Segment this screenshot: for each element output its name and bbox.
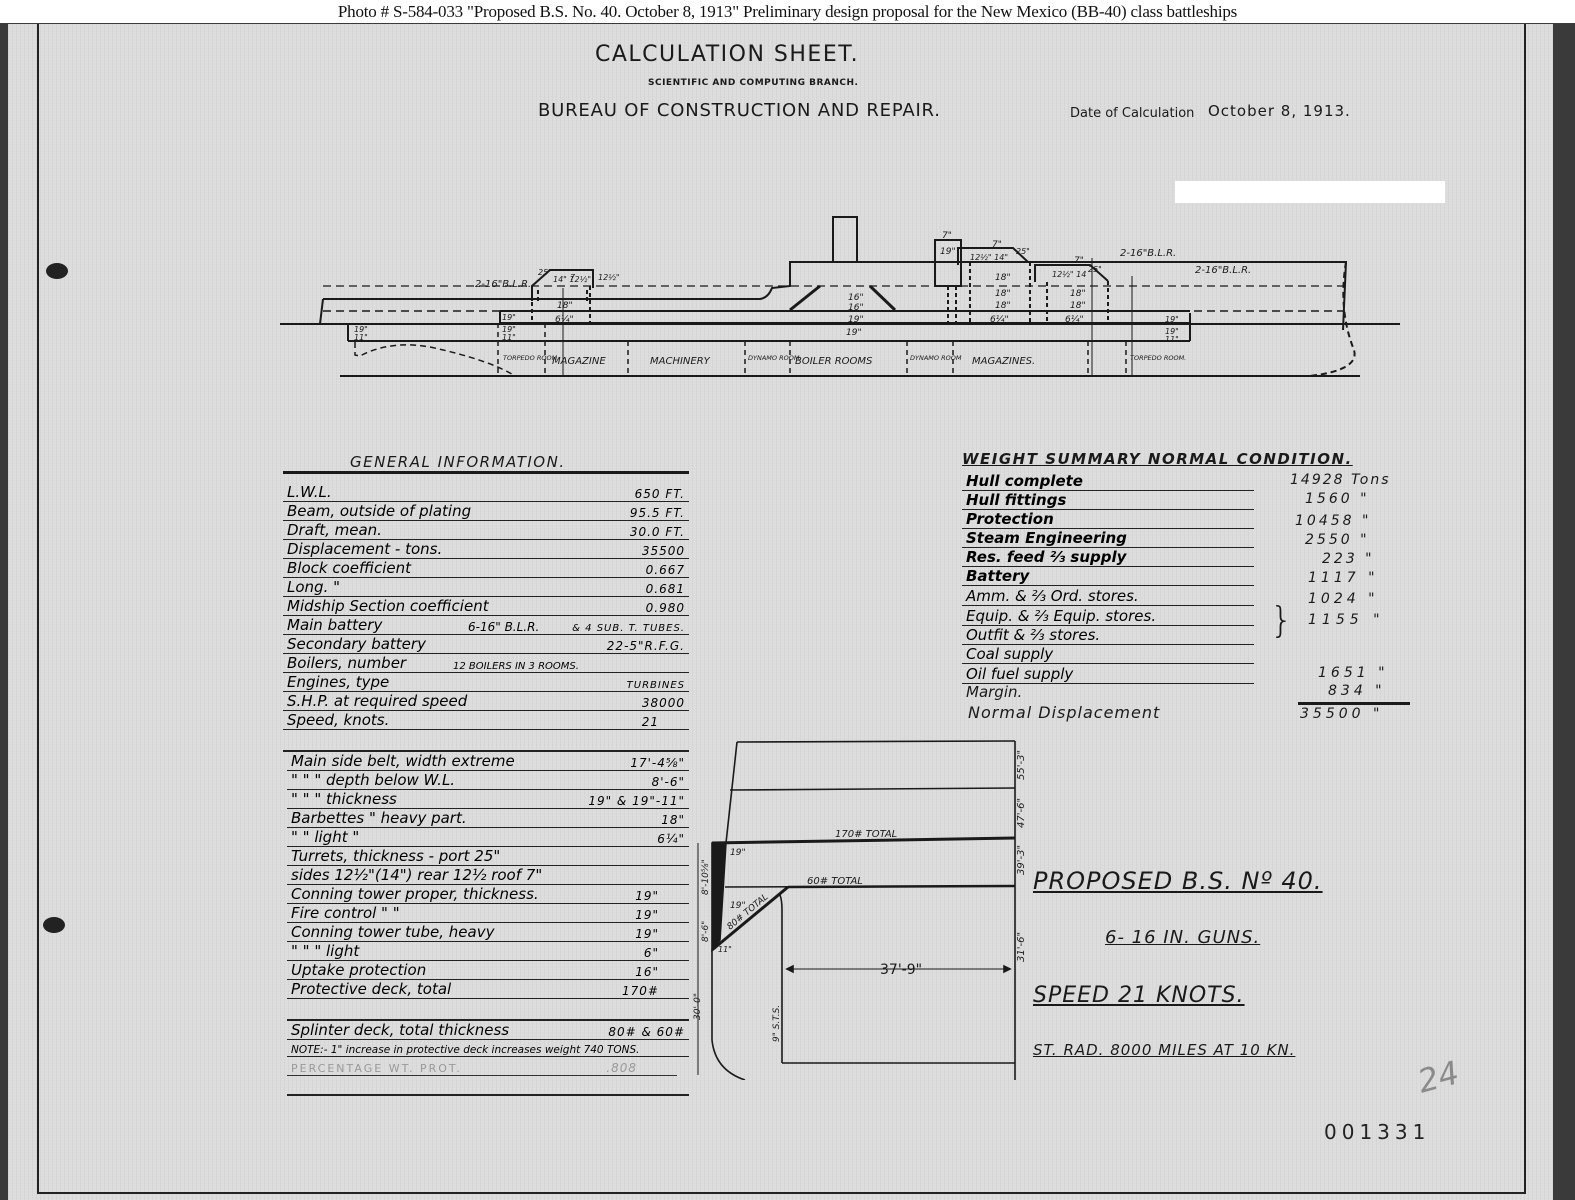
weight-value: 2550 " xyxy=(1305,532,1370,548)
sheet-title: CALCULATION SHEET. xyxy=(595,42,859,67)
svg-text:19": 19" xyxy=(846,328,862,338)
svg-text:6¼": 6¼" xyxy=(990,315,1009,325)
svg-text:7": 7" xyxy=(992,240,1002,250)
radius-summary: ST. RAD. 8000 MILES AT 10 KN. xyxy=(1033,1041,1295,1059)
compartment-label: TORPEDO ROOM. xyxy=(1130,354,1186,362)
svg-text:7": 7" xyxy=(942,231,952,241)
midship-section-drawing: 170# TOTAL 60# TOTAL 19" 19" 11" 37'-9" … xyxy=(690,730,1030,1080)
svg-text:60# TOTAL: 60# TOTAL xyxy=(807,876,863,887)
redaction-box xyxy=(1175,181,1445,203)
svg-text:25": 25" xyxy=(1088,265,1102,274)
table-row: Turrets, thickness - port 25" xyxy=(287,846,689,866)
svg-text:55'-3": 55'-3" xyxy=(1016,750,1027,780)
weight-value: 1155 " xyxy=(1308,612,1385,628)
table-row: Conning tower proper, thickness.19" xyxy=(287,884,689,904)
table-row: Uptake protection16" xyxy=(287,960,689,980)
heading-rule xyxy=(283,471,689,474)
compartment-label: MAGAZINES. xyxy=(972,356,1035,367)
pencil-note-row: PERCENTAGE WT. PROT..808 xyxy=(287,1058,677,1076)
compartment-label: MAGAZINE xyxy=(552,356,606,367)
weight-value: 1117 " xyxy=(1308,570,1379,586)
brace-icon: } xyxy=(1270,600,1293,641)
svg-text:12½" 14: 12½" 14 xyxy=(1052,270,1086,279)
svg-text:2-16"B.L.R.: 2-16"B.L.R. xyxy=(1120,248,1176,259)
svg-text:30'-0": 30'-0" xyxy=(693,993,703,1020)
splinter-deck-row: Splinter deck, total thickness80# & 60# xyxy=(287,1020,689,1040)
punch-hole-icon xyxy=(46,263,68,279)
table-row: Equip. & ⅔ Equip. stores. xyxy=(962,606,1254,626)
svg-text:18": 18" xyxy=(1070,289,1086,299)
svg-text:37'-9": 37'-9" xyxy=(880,962,922,978)
svg-text:6¼": 6¼" xyxy=(555,315,574,325)
table-row: S.H.P. at required speed38000 xyxy=(283,691,689,711)
svg-text:19": 19" xyxy=(730,848,746,858)
svg-text:31'-6": 31'-6" xyxy=(1016,932,1027,962)
sheet-border-left xyxy=(37,24,39,1194)
table-row: sides 12½"(14") rear 12½ roof 7" xyxy=(287,865,689,885)
turret-label-fwd: 2-16"B.L.R. xyxy=(475,279,531,290)
svg-text:47'-6": 47'-6" xyxy=(1016,798,1027,828)
table-row: Displacement - tons.35500 xyxy=(283,539,689,559)
svg-text:6¼": 6¼" xyxy=(1065,315,1084,325)
weight-summary-heading: WEIGHT SUMMARY NORMAL CONDITION. xyxy=(962,450,1353,468)
date-value: October 8, 1913. xyxy=(1208,102,1351,120)
compartment-label: TORPEDO ROOM. xyxy=(503,354,559,362)
svg-text:80# TOTAL: 80# TOTAL xyxy=(726,892,771,932)
table-row: Protective deck, total170# xyxy=(287,979,689,999)
svg-text:19": 19" xyxy=(502,313,516,322)
table-row: Engines, typeTURBINES xyxy=(283,672,689,692)
svg-text:18": 18" xyxy=(995,289,1011,299)
weight-value: 14928 Tons xyxy=(1290,472,1391,488)
table-row: L.W.L.650 FT. xyxy=(283,482,689,502)
weight-value: 1560 " xyxy=(1305,491,1370,507)
svg-text:18": 18" xyxy=(995,273,1011,283)
branch-subtitle: SCIENTIFIC AND COMPUTING BRANCH. xyxy=(648,78,858,88)
svg-text:19": 19" xyxy=(1165,315,1179,324)
table-row: Block coefficient0.667 xyxy=(283,558,689,578)
svg-text:11": 11" xyxy=(354,333,368,342)
table-row: Beam, outside of plating95.5 FT. xyxy=(283,501,689,521)
svg-text:12½": 12½" xyxy=(598,273,620,282)
table-row: Battery xyxy=(962,566,1254,586)
proposed-title: PROPOSED B.S. Nº 40. xyxy=(1033,867,1323,895)
weight-value: 1651 " xyxy=(1318,665,1389,681)
table-row: " " " thickness19" & 19"-11" xyxy=(287,789,689,809)
svg-text:16": 16" xyxy=(848,293,864,303)
svg-text:18": 18" xyxy=(995,301,1011,311)
table-row: Secondary battery22-5"R.F.G. xyxy=(283,634,689,654)
compartment-label: MACHINERY xyxy=(650,356,711,367)
svg-text:11": 11" xyxy=(1165,335,1179,344)
table-row: Speed, knots.21 xyxy=(283,710,689,730)
ship-profile-drawing: 2-16"B.L.R. 2-16"B.L.R. 2-16"B.L.R. 14" … xyxy=(270,210,1400,390)
table-row: Oil fuel supply xyxy=(962,664,1254,684)
sheet-border-right xyxy=(1524,24,1526,1194)
table-row: Main side belt, width extreme17'-4⅝" xyxy=(287,751,689,771)
svg-text:11": 11" xyxy=(718,945,732,954)
svg-text:19": 19" xyxy=(940,247,956,257)
svg-text:12½" 14": 12½" 14" xyxy=(970,253,1008,262)
table-row: Steam Engineering xyxy=(962,528,1254,548)
table-row: Long. "0.681 xyxy=(283,577,689,597)
svg-text:7": 7" xyxy=(1074,256,1084,266)
table-row: Outfit & ⅔ stores. xyxy=(962,625,1254,645)
serial-number: 001331 xyxy=(1324,1120,1430,1144)
table-row: Barbettes " heavy part.18" xyxy=(287,808,689,828)
weight-value: 834 " xyxy=(1328,683,1386,699)
table-row: " " " depth below W.L.8'-6" xyxy=(287,770,689,790)
photo-caption: Photo # S-584-033 "Proposed B.S. No. 40.… xyxy=(0,0,1575,23)
svg-text:8'-10⅝": 8'-10⅝" xyxy=(701,859,711,895)
table-row: Conning tower tube, heavy19" xyxy=(287,922,689,942)
table-row: Coal supply xyxy=(962,644,1254,664)
weight-value: 223 " xyxy=(1322,551,1375,567)
table-row: Res. feed ⅔ supply xyxy=(962,547,1254,567)
table-row: Boilers, number12 BOILERS IN 3 ROOMS. xyxy=(283,653,689,673)
svg-text:16": 16" xyxy=(848,303,864,313)
total-rule xyxy=(1298,702,1410,705)
svg-text:19": 19" xyxy=(848,315,864,325)
svg-text:9" S.T.S.: 9" S.T.S. xyxy=(772,1005,782,1042)
compartment-label: DYNAMO ROOM xyxy=(910,354,962,362)
svg-text:2-16"B.L.R.: 2-16"B.L.R. xyxy=(1195,265,1251,276)
compartment-label: BOILER ROOMS xyxy=(795,356,873,367)
svg-text:8'-6": 8'-6" xyxy=(701,921,711,942)
margin-label: Margin. xyxy=(966,683,1022,701)
table-row: Midship Section coefficient0.980 xyxy=(283,596,689,616)
svg-text:18": 18" xyxy=(1070,301,1086,311)
speed-summary: SPEED 21 KNOTS. xyxy=(1033,983,1245,1008)
svg-text:18": 18" xyxy=(557,301,573,311)
normal-displacement-label: Normal Displacement xyxy=(968,703,1160,722)
svg-text:11": 11" xyxy=(502,333,516,342)
table-row: Amm. & ⅔ Ord. stores. xyxy=(962,586,1254,606)
normal-displacement-value: 35500 " xyxy=(1300,706,1383,722)
guns-summary: 6- 16 IN. GUNS. xyxy=(1105,927,1260,948)
note-row: NOTE:- 1" increase in protective deck in… xyxy=(287,1039,689,1057)
svg-text:39'-3": 39'-3" xyxy=(1016,845,1027,875)
svg-text:170# TOTAL: 170# TOTAL xyxy=(835,829,897,840)
table-row: " " " light6" xyxy=(287,941,689,961)
table-row: Fire control " "19" xyxy=(287,903,689,923)
table-row: Protection xyxy=(962,509,1254,529)
date-label: Date of Calculation xyxy=(1070,106,1194,121)
punch-hole-icon xyxy=(43,917,65,933)
svg-text:25": 25" xyxy=(538,268,552,277)
weight-value: 10458 " xyxy=(1295,513,1371,529)
general-info-heading: GENERAL INFORMATION. xyxy=(350,453,566,471)
table-row: Main battery6-16" B.L.R.& 4 SUB. T. TUBE… xyxy=(283,615,689,635)
table-row: Draft, mean.30.0 FT. xyxy=(283,520,689,540)
bureau-name: BUREAU OF CONSTRUCTION AND REPAIR. xyxy=(538,100,941,121)
table-row: " " light "6¼" xyxy=(287,827,689,847)
compartment-label: DYNAMO ROOM. xyxy=(748,354,802,362)
weight-value: 1024 " xyxy=(1308,591,1379,607)
sheet-border-bottom xyxy=(37,1192,1526,1194)
table-row: Hull complete xyxy=(962,471,1254,491)
table-row: Hull fittings xyxy=(962,490,1254,510)
svg-text:25": 25" xyxy=(1016,247,1030,256)
